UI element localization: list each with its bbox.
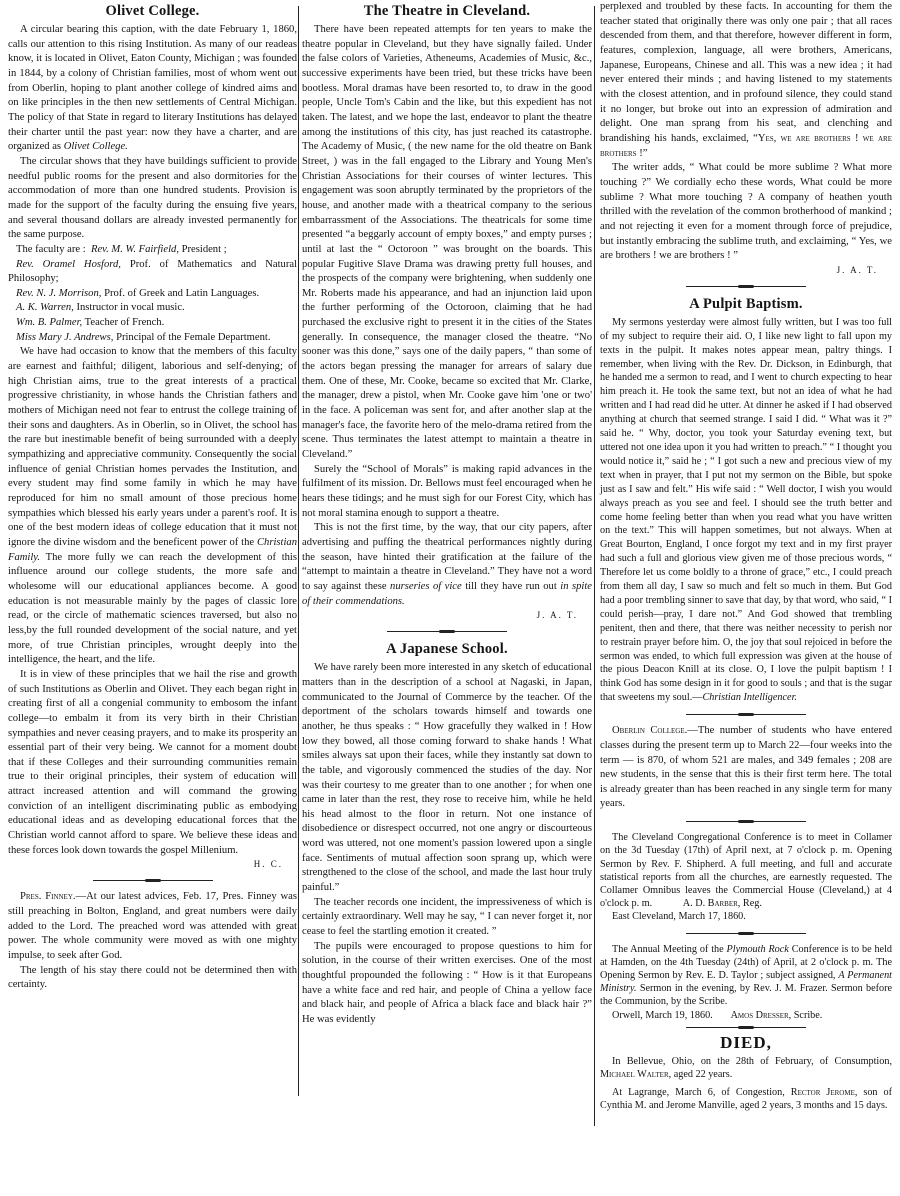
lead-in: Pres. Finney. <box>20 891 76 902</box>
signature: H. C. <box>8 858 297 871</box>
faculty-item: A. K. Warren, Instructor in vocal music. <box>8 301 297 316</box>
article-theatre-in-cleveland: The Theatre in Cleveland. There have bee… <box>302 3 592 622</box>
separator-rule <box>686 286 806 287</box>
article-title: Olivet College. <box>8 3 297 20</box>
separator-rule <box>686 821 806 822</box>
article-pres-finney: Pres. Finney.—At our latest advices, Feb… <box>8 890 297 993</box>
separator-rule <box>387 631 507 632</box>
paragraph: It is in view of these principles that w… <box>8 668 297 859</box>
separator-rule <box>686 1027 806 1028</box>
article-japanese-school-continued: perplexed and troubled by these facts. I… <box>600 0 892 277</box>
column-rule <box>594 6 595 1126</box>
paragraph: This is not the first time, by the way, … <box>302 521 592 609</box>
paragraph: The Annual Meeting of the Plymouth Rock … <box>600 943 892 1009</box>
article-title: A Japanese School. <box>302 641 592 658</box>
article-japanese-school: A Japanese School. We have rarely been m… <box>302 641 592 1027</box>
place-date: Orwell, March 19, 1860. Amos Dresser, Sc… <box>600 1009 892 1022</box>
separator-rule <box>93 880 213 881</box>
faculty-item: Miss Mary J. Andrews, Principal of the F… <box>8 331 297 346</box>
lead-in: Oberlin College. <box>612 725 687 736</box>
newspaper-page: Olivet College. A circular bearing this … <box>0 0 900 1196</box>
paragraph: Pres. Finney.—At our latest advices, Feb… <box>8 890 297 963</box>
paragraph: The length of his stay there could not b… <box>8 964 297 993</box>
column-rule <box>298 6 299 1096</box>
article-title: The Theatre in Cleveland. <box>302 3 592 20</box>
faculty-item: The faculty are : Rev. M. W. Fairfield, … <box>8 243 297 258</box>
column-3: perplexed and troubled by these facts. I… <box>600 0 892 1196</box>
paragraph: The pupils were encouraged to propose qu… <box>302 940 592 1028</box>
separator-rule <box>686 714 806 715</box>
death-notice: In Bellevue, Ohio, on the 28th of Februa… <box>600 1055 892 1081</box>
paragraph: There have been repeated attempts for te… <box>302 23 592 463</box>
faculty-item: Rev. Oramel Hosford, Prof. of Mathematic… <box>8 258 297 287</box>
notice-cleveland-conference: The Cleveland Congregational Conference … <box>600 831 892 923</box>
notice-oberlin-college: Oberlin College.—The number of students … <box>600 724 892 812</box>
paragraph: We have rarely been more interested in a… <box>302 661 592 896</box>
column-1: Olivet College. A circular bearing this … <box>8 0 297 1196</box>
paragraph: The teacher records one incident, the im… <box>302 896 592 940</box>
paragraph: perplexed and troubled by these facts. I… <box>600 0 892 161</box>
notices-died: DIED, In Bellevue, Ohio, on the 28th of … <box>600 1033 892 1113</box>
paragraph: Oberlin College.—The number of students … <box>600 724 892 812</box>
column-2: The Theatre in Cleveland. There have bee… <box>302 0 592 1196</box>
paragraph: A circular bearing this caption, with th… <box>8 23 297 155</box>
paragraph: We have had occasion to know that the me… <box>8 345 297 667</box>
faculty-list: The faculty are : Rev. M. W. Fairfield, … <box>8 243 297 346</box>
signature: J. A. T. <box>302 609 592 622</box>
section-title: DIED, <box>600 1033 892 1053</box>
source-credit: Christian Intelligencer. <box>702 692 797 703</box>
article-olivet-college: Olivet College. A circular bearing this … <box>8 3 297 871</box>
death-notice: At Lagrange, March 6, of Congestion, Rec… <box>600 1086 892 1112</box>
paragraph: The Cleveland Congregational Conference … <box>600 831 892 910</box>
faculty-item: Wm. B. Palmer, Teacher of French. <box>8 316 297 331</box>
paragraph: The writer adds, “ What could be more su… <box>600 161 892 264</box>
separator-rule <box>686 933 806 934</box>
faculty-item: Rev. N. J. Morrison, Prof. of Greek and … <box>8 287 297 302</box>
paragraph: The circular shows that they have buildi… <box>8 155 297 243</box>
article-title: A Pulpit Baptism. <box>600 296 892 313</box>
paragraph: My sermons yesterday were almost fully w… <box>600 316 892 705</box>
signature: J. A. T. <box>600 264 892 277</box>
paragraph: Surely the “School of Morals” is making … <box>302 463 592 522</box>
notice-plymouth-rock-conference: The Annual Meeting of the Plymouth Rock … <box>600 943 892 1022</box>
article-pulpit-baptism: A Pulpit Baptism. My sermons yesterday w… <box>600 296 892 705</box>
place-date: East Cleveland, March 17, 1860. <box>600 910 892 923</box>
